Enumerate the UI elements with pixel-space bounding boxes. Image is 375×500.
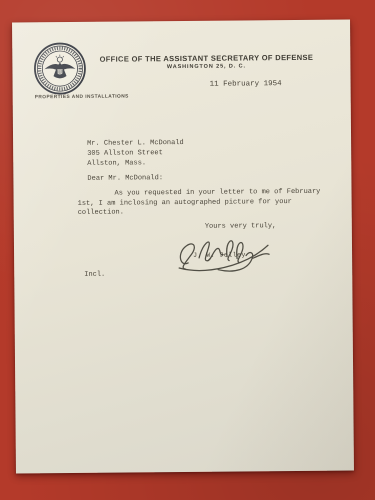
letter-date: 11 February 1954 <box>210 80 282 89</box>
letterhead-city-line: WASHINGTON 25, D. C. <box>70 63 342 71</box>
recipient-line: Mr. Chester L. McDonald <box>87 138 184 149</box>
photo-background: { "letter": { "letterhead": { "office_li… <box>0 0 375 500</box>
body-line: collection. <box>78 207 328 219</box>
recipient-address: Mr. Chester L. McDonald 305 Allston Stre… <box>87 138 184 169</box>
letter-paper: OFFICE OF THE ASSISTANT SECRETARY OF DEF… <box>12 20 354 474</box>
enclosure-note: Incl. <box>84 271 105 279</box>
body-paragraph: As you requested in your letter to me of… <box>78 188 328 219</box>
signature-script-icon <box>172 226 290 275</box>
recipient-line: Allston, Mass. <box>87 158 184 169</box>
letterhead-division-line: PROPERTIES AND INSTALLATIONS <box>35 94 129 100</box>
salutation: Dear Mr. McDonald: <box>87 174 163 183</box>
